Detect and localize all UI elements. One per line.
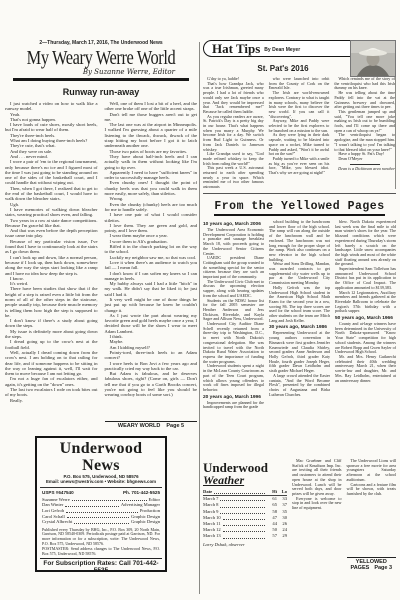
newspaper-page: 2—Thursday, March 17, 2016, The Underwoo…: [0, 0, 400, 600]
lo-column-label: Lo: [277, 489, 287, 495]
yellowed-block: A large crowd attended the Easter cantat…: [269, 374, 330, 398]
article-paragraph: Anyway, Mike and Paddy were selected to …: [269, 119, 330, 133]
masthead-usps-phone: USPS #647540 Ph. 701-442-5525: [40, 487, 162, 496]
yellowed-block: Cartoons and a feature film will be show…: [347, 483, 397, 497]
article-paragraph: Because of my particular vision issue, I…: [5, 239, 98, 255]
article-paragraph: I have memories of walking down bleacher…: [5, 207, 98, 218]
article-paragraph: My issue is definitely more about going …: [5, 329, 98, 340]
article-paragraph: This gentleman jumped up and said, "You …: [334, 110, 395, 134]
article-paragraph: As they were lying in their dark capsule…: [269, 133, 330, 157]
dotted-leader: [223, 519, 265, 520]
yellowed-pages-header: From the Yellowed Pages: [203, 193, 396, 216]
phone-number: Ph. 701-442-5525: [123, 490, 160, 495]
weather-date: March 13: [203, 533, 221, 539]
dotted-leader: [220, 507, 265, 508]
yellowed-block: 20 years ago, March 1996: [203, 395, 264, 400]
article-paragraph: Which reminds me of the story of the ven…: [334, 77, 395, 91]
stpats-subhead: St. Pat's 2016: [203, 64, 363, 73]
weary-column-title: My Weary Werre World: [22, 47, 179, 70]
article-paragraph: I wore a pair of 'em to the regional tou…: [5, 159, 98, 185]
article-paragraph: Biffed it in the church parking lot on t…: [105, 244, 198, 255]
hat-tips-byline: By Dean Meyer: [264, 44, 300, 53]
cowboy-hat-portrait: [351, 41, 395, 76]
runway-headline: Runway run-away: [5, 87, 197, 97]
dotted-leader: [74, 523, 129, 524]
title-rule: [13, 78, 189, 81]
yellowed-pages-title: From the Yellowed Pages: [214, 200, 384, 216]
article-paragraph: And that was even before the depth perce…: [5, 228, 98, 239]
weather-table-header: Date Hi Lo: [203, 489, 287, 496]
postmaster-paragraph: POSTMASTER: Send address changes to The …: [42, 547, 160, 556]
article-paragraph: Even chunky ones! I thought the point of…: [105, 180, 198, 196]
hat-tips-header-box: Hat Tips By Dean Meyer: [203, 40, 359, 57]
article-paragraph: Pointy-toed, three-inch heels to an Adam…: [105, 350, 198, 361]
weather-title-line2: Weather: [203, 474, 287, 487]
yellowed-block: Students on the NDSU honor list for the …: [203, 299, 264, 323]
article-paragraph: I dread going up to the crow's nest at t…: [5, 339, 98, 350]
article-paragraph: I don't know if there's a study about go…: [5, 318, 98, 329]
tail-text-2: The Underwood Lions will sponsor a free …: [347, 459, 397, 497]
yellowed-tail-col-2: The Underwood Lions will sponsor a free …: [347, 459, 397, 571]
article-paragraph: Like Grandpa used to say, "God made refi…: [203, 152, 264, 166]
article-paragraph: This past week a U.S. astronaut returned…: [203, 166, 264, 189]
date-column-label: Date: [203, 489, 212, 495]
yellowed-block: Weisz and Sons Drilling, Mandan, was awa…: [269, 262, 330, 286]
yellowed-block: Everyone is welcome to stop in and look …: [292, 497, 342, 511]
yellowed-block: March 12 Legionnaires, Auxiliary members…: [335, 291, 396, 315]
article-paragraph: I have one pair of what I would consider…: [105, 212, 198, 223]
article-paragraph: I don't know if I can soften my knees so…: [105, 271, 198, 282]
masthead-title: Underwood News: [40, 440, 162, 474]
weather-table: March 7 61 33 March 8 65 37: [203, 496, 287, 539]
yellowed-block: Mac Gruebner and Cliff Stafick of Knudts…: [292, 459, 342, 497]
article-paragraph: Dean O'Meyer: [334, 157, 395, 162]
article-paragraph: My hubby always said I had a little "hit…: [105, 281, 198, 297]
article-paragraph: Don't tell me those buggers aren't out t…: [105, 112, 198, 123]
dotted-leader: [220, 513, 265, 514]
article-paragraph: The Irish are world-renowned explorers. …: [269, 91, 330, 119]
jump-label: WEARY WORLD: [118, 423, 160, 429]
jump-page: Page 5: [166, 423, 184, 429]
article-paragraph: I just watched a video on how to walk li…: [5, 101, 98, 112]
weather-row: March 13 57 29: [203, 533, 287, 539]
article-paragraph: I wore heels to Bon Jovi a few years ago…: [105, 361, 198, 372]
masthead-contact: Email: unews@westriv.com • Website: bhgn…: [40, 479, 162, 484]
article-paragraph: who were launched into orbit from the Co…: [269, 77, 330, 91]
weather-box: Underwood Weather Date Hi Lo March 7 61: [203, 459, 287, 571]
subscription-line: For Subscription Rates: Call 701-442-553…: [40, 558, 162, 572]
article-paragraph: Apparently I need to have "sufficient kn…: [105, 170, 198, 181]
article-paragraph: That's how Grandpa Jack, who was a true …: [203, 82, 264, 115]
weather-low: 29: [277, 533, 287, 539]
yellowed-jump-line: YELLOWED PAGESPage 3: [347, 557, 397, 571]
dotted-leader: [223, 525, 265, 526]
hat-tips-section: Hat Tips By Dean Meyer St. Pat's 2016 G'…: [203, 40, 396, 571]
yellowed-block: Improvements are planned for the handica…: [203, 401, 264, 410]
yellowed-pages-columns: 10 years ago, March 2006The Underwood Ar…: [203, 220, 396, 456]
yellowed-bottom-strip: Underwood Weather Date Hi Lo March 7 61: [203, 459, 396, 571]
article-paragraph: Love it when there's an audience to watc…: [105, 260, 198, 271]
yellowed-block: blew. North Dakota experienced last week…: [335, 220, 396, 267]
columnist-photo: [350, 40, 396, 77]
article-paragraph: Really.: [5, 398, 98, 403]
yellowed-block: Underwood students spent a night in the …: [203, 364, 264, 392]
article-paragraph: Well, actually I dread coming down from …: [5, 350, 98, 376]
article-paragraph: It very well might be one of those thing…: [105, 297, 198, 313]
dotted-leader: [67, 517, 129, 518]
dotted-leader: [223, 538, 265, 539]
yellowed-col-2: school building to the lunchroom and low…: [269, 220, 330, 456]
yellowed-block: Underwood City Auditor Diane Schell rece…: [203, 322, 264, 364]
dotted-leader: [214, 493, 265, 494]
dotted-leader: [220, 500, 265, 501]
article-paragraph: The last two escalators I rode on took b…: [5, 387, 98, 398]
columnist-tagline: Dean is a Dickinson area rancher: [334, 166, 395, 171]
yellowed-tail-col-1: Mac Gruebner and Cliff Stafick of Knudts…: [292, 459, 342, 571]
article-paragraph: I can't look up and down, like a normal …: [5, 255, 98, 276]
yellowed-block: Representing Underwood at the young auth…: [269, 331, 330, 373]
tail-text-1: Mac Gruebner and Cliff Stafick of Knudts…: [292, 459, 342, 511]
staff-row: Crystal Albrecht Graphic Design: [42, 519, 160, 525]
weary-article-text: I just watched a video on how to walk li…: [5, 101, 197, 419]
yellowed-block: Superintendent Sam Tollefson has announc…: [335, 267, 396, 291]
yellowed-block: The Underwood Area Economic Development …: [203, 228, 264, 256]
hat-tips-col-3-text: Which reminds me of the story of the ven…: [334, 77, 395, 162]
dotted-leader: [223, 531, 265, 532]
page-dateline: 2—Thursday, March 17, 2016, The Underwoo…: [5, 40, 197, 46]
dotted-leader: [65, 506, 119, 507]
weary-jump-line: WEARY WORLDPage 5: [105, 421, 197, 429]
yellowed-block: County and at-large winners have been de…: [335, 322, 396, 355]
yellowed-block: The Underwood Lions will sponsor a free …: [347, 459, 397, 483]
usps-number: USPS #647540: [42, 490, 74, 495]
weather-observer: Larry Dshak, observer: [203, 542, 287, 547]
legal-paragraph: Published every Thursday by BHG, Inc., P…: [42, 528, 160, 546]
yellowed-block: Mr. and Mrs. Henry Gutknecht celebrated …: [335, 355, 396, 383]
weary-column-section: 2—Thursday, March 17, 2016, The Underwoo…: [5, 40, 197, 572]
article-paragraph: But Adam is fabulous, and he deserves fa…: [105, 371, 198, 397]
article-paragraph: Even the chunky (chunky) heels are too m…: [105, 202, 198, 213]
article-paragraph: He was telling about the time Paddy fell…: [334, 91, 395, 110]
hi-column-label: Hi: [267, 489, 277, 495]
hat-tips-columns: G'day to ya, laddie!That's how Grandpa J…: [203, 77, 396, 189]
hat-tips-title: Hat Tips: [212, 42, 260, 55]
article-paragraph: The ventriloquist began to apologize, an…: [334, 133, 395, 152]
staff-list: Suzanne Werre Editor Dan Winter Advertis…: [40, 496, 162, 526]
column-divider: [199, 42, 200, 594]
article-paragraph: There have been studies that show that i…: [5, 286, 98, 318]
article-paragraph: I have loads of cute shoes, mostly short…: [5, 122, 98, 133]
yellowed-block: The Underwood Civic Club met to discuss …: [203, 280, 264, 299]
article-paragraph: As you regular readers are aware, St. Pa…: [203, 115, 264, 153]
masthead-legal: Published every Thursday by BHG, Inc., P…: [40, 526, 162, 557]
staff-role: Graphic Design: [131, 519, 160, 525]
yellowed-block: UAEDC president Diane Cottingham said th…: [203, 256, 264, 280]
masthead-box: Underwood News P.O. Box 575, Underwood, …: [35, 436, 167, 572]
tagline-rule: [350, 164, 380, 165]
article-paragraph: They have about half-inch heels and I ca…: [105, 154, 198, 170]
article-paragraph: The last one was at the airport in Minne…: [105, 122, 198, 148]
jump-page: Page 3: [374, 565, 392, 571]
article-paragraph: I love them. They are green and gold, an…: [105, 223, 198, 234]
article-paragraph: I'm not a huge fan of escalators either,…: [5, 376, 98, 387]
staff-name: Crystal Albrecht: [42, 519, 72, 525]
weather-high: 57: [267, 533, 277, 539]
yellowed-block: Holly Gefroh was the top Underwood High …: [269, 286, 330, 324]
dotted-leader: [66, 512, 138, 513]
hat-tips-col-3: Which reminds me of the story of the ven…: [334, 77, 395, 189]
yellowed-col-1: 10 years ago, March 2006The Underwood Ar…: [203, 220, 264, 456]
article-paragraph: Well, one of them I lost a bit of a heel…: [105, 101, 198, 112]
article-paragraph: As I just wrote the part about wearing m…: [105, 313, 198, 334]
dotted-leader: [72, 500, 147, 501]
article-paragraph: Then, when I got there, I realized that …: [5, 186, 98, 202]
article-paragraph: Paddy turned to Mike with a smile as big…: [269, 157, 330, 176]
hat-tips-col-1: G'day to ya, laddie!That's how Grandpa J…: [203, 77, 264, 189]
yellowed-col-3: blew. North Dakota experienced last week…: [335, 220, 396, 456]
yellowed-block: school building to the lunchroom and low…: [269, 220, 330, 262]
article-paragraph: Two years in a row at state dance compet…: [5, 218, 98, 229]
hat-tips-col-2: who were launched into orbit from the Co…: [269, 77, 330, 189]
